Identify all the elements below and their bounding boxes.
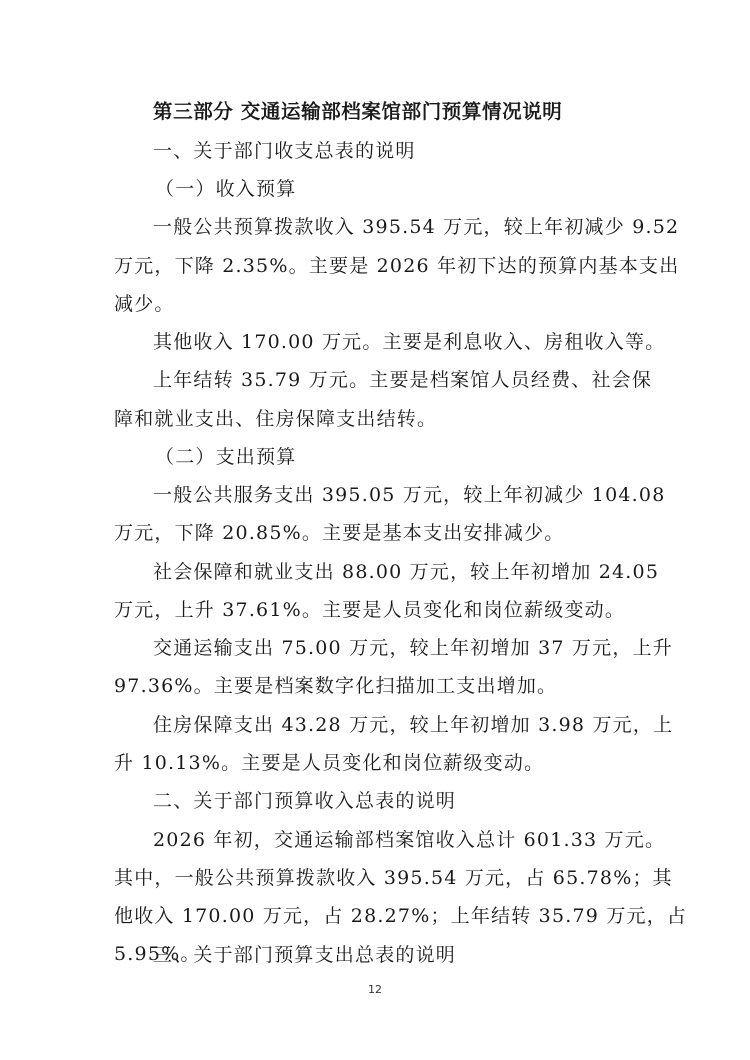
income-paragraph-3-end: 障和就业支出、住房保障支出结转。 (114, 407, 640, 431)
expense-paragraph-1: 一般公共服务支出 395.05 万元，较上年初减少 104.08 (153, 483, 640, 507)
section-3-heading: 三、关于部门预算支出总表的说明 (153, 943, 640, 967)
expense-paragraph-1-end: 万元，下降 20.85%。主要是基本支出安排减少。 (114, 521, 640, 545)
section-2-heading: 二、关于部门预算收入总表的说明 (153, 789, 640, 813)
expense-paragraph-4: 住房保障支出 43.28 万元，较上年初增加 3.98 万元，上 (153, 713, 640, 737)
section-2-paragraph-cont-2: 他收入 170.00 万元，占 28.27%；上年结转 35.79 万元，占 (114, 904, 640, 928)
expense-paragraph-4-end: 升 10.13%。主要是人员变化和岗位薪级变动。 (114, 751, 640, 775)
expense-paragraph-3: 交通运输支出 75.00 万元，较上年初增加 37 万元，上升 (153, 636, 640, 660)
section-2-paragraph-cont-1: 其中，一般公共预算拨款收入 395.54 万元，占 65.78%；其 (114, 866, 640, 890)
income-paragraph-2: 其他收入 170.00 万元。主要是利息收入、房租收入等。 (153, 330, 640, 354)
income-paragraph-3: 上年结转 35.79 万元。主要是档案馆人员经费、社会保 (153, 368, 640, 392)
document-page: 第三部分 交通运输部档案馆部门预算情况说明 一、关于部门收支总表的说明 （一）收… (0, 0, 750, 1060)
expense-paragraph-3-end: 97.36%。主要是档案数字化扫描加工支出增加。 (114, 674, 640, 698)
expense-paragraph-2-end: 万元，上升 37.61%。主要是人员变化和岗位薪级变动。 (114, 598, 640, 622)
income-paragraph-1-end: 减少。 (114, 292, 640, 316)
expense-heading: （二）支出预算 (155, 445, 681, 469)
expense-paragraph-2: 社会保障和就业支出 88.00 万元，较上年初增加 24.05 (153, 560, 640, 584)
page-title: 第三部分 交通运输部档案馆部门预算情况说明 (153, 100, 679, 124)
page-number: 12 (0, 983, 750, 996)
section-2-paragraph: 2026 年初，交通运输部档案馆收入总计 601.33 万元。 (153, 828, 640, 852)
income-paragraph-1-cont: 万元，下降 2.35%。主要是 2026 年初下达的预算内基本支出 (114, 254, 640, 278)
income-heading: （一）收入预算 (155, 177, 681, 201)
section-1-heading: 一、关于部门收支总表的说明 (153, 139, 640, 163)
income-paragraph-1: 一般公共预算拨款收入 395.54 万元，较上年初减少 9.52 (153, 215, 640, 239)
